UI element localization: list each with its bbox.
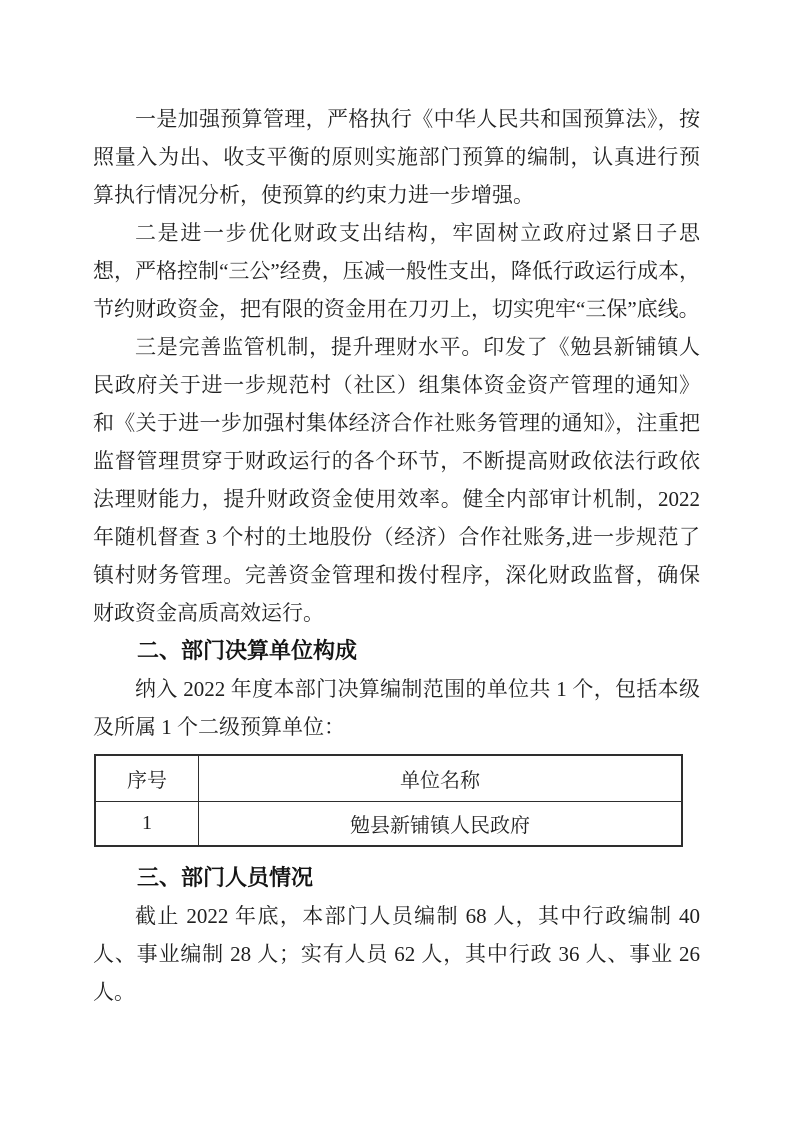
unit-table-header-serial: 序号 xyxy=(95,755,199,801)
document-page: 一是加强预算管理，严格执行《中华人民共和国预算法》，按照量入为出、收支平衡的原则… xyxy=(0,0,793,1122)
paragraph-budget-management: 一是加强预算管理，严格执行《中华人民共和国预算法》，按照量入为出、收支平衡的原则… xyxy=(93,100,700,214)
section-heading-unit-composition: 二、部门决算单位构成 xyxy=(93,632,700,670)
unit-table-cell-serial: 1 xyxy=(95,801,199,846)
unit-table-header-row: 序号 单位名称 xyxy=(95,755,682,801)
unit-table: 序号 单位名称 1 勉县新铺镇人民政府 xyxy=(94,754,683,847)
paragraph-expenditure-structure: 二是进一步优化财政支出结构，牢固树立政府过紧日子思想，严格控制“三公”经费，压减… xyxy=(93,214,700,328)
unit-table-cell-name: 勉县新铺镇人民政府 xyxy=(199,801,683,846)
paragraph-staff-situation: 截止 2022 年底，本部门人员编制 68 人，其中行政编制 40 人、事业编制… xyxy=(93,897,700,1011)
paragraph-supervision-mechanism: 三是完善监管机制，提升理财水平。印发了《勉县新铺镇人民政府关于进一步规范村（社区… xyxy=(93,328,700,632)
unit-table-row: 1 勉县新铺镇人民政府 xyxy=(95,801,682,846)
section-heading-staff-situation: 三、部门人员情况 xyxy=(93,859,700,897)
unit-table-header-name: 单位名称 xyxy=(199,755,683,801)
paragraph-unit-composition-intro: 纳入 2022 年度本部门决算编制范围的单位共 1 个，包括本级及所属 1 个二… xyxy=(93,670,700,746)
